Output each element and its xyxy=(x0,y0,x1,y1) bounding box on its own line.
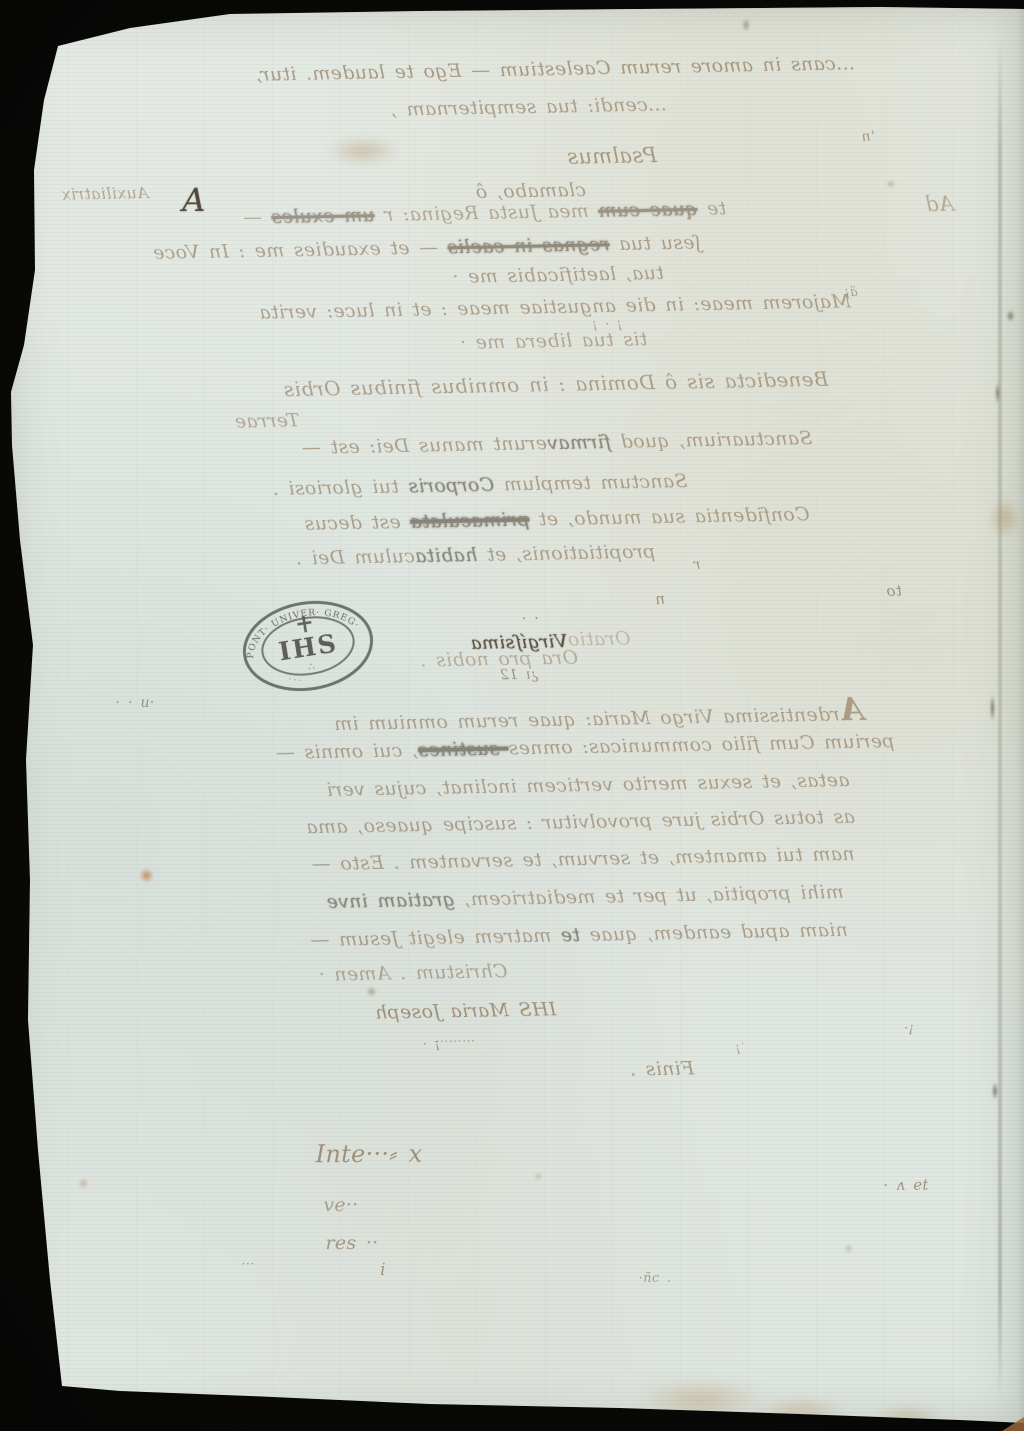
handwritten-line-bleedthrough: mihi propitia, ut per te mediatricem, gr… xyxy=(228,881,942,914)
handwritten-line-bleedthrough: ¿ı 12 xyxy=(486,667,552,682)
ink-segment: r xyxy=(693,557,700,573)
ink-segment: ¿ı 12 xyxy=(499,667,538,684)
ink-segment: — et exaudies me : In Voce xyxy=(153,236,448,264)
handwritten-line: A xyxy=(170,184,218,216)
handwritten-line-bleedthrough: …cendi: tua sempiternam , xyxy=(392,95,667,119)
ink-segment: · · xyxy=(521,611,539,627)
handwritten-line-bleedthrough: nam tui amantem, et servum, te servantem… xyxy=(232,843,934,875)
ink-segment: · ʌ et xyxy=(883,1176,929,1194)
handwritten-line-bleedthrough: tua, laetificabis me · xyxy=(452,264,664,287)
manuscript-page: …cans in amore rerum Caelestium — Ego te… xyxy=(0,0,1024,1431)
ink-segment: Virgíſsima xyxy=(470,631,567,654)
paper-stain xyxy=(995,382,1000,404)
ink-segment: as totus Orbis jure provolvitur : suscip… xyxy=(306,806,855,839)
ink-segment: matrem elegit Jesum — xyxy=(310,924,561,951)
paper-stain xyxy=(534,1172,543,1181)
paper-stain xyxy=(756,1398,846,1422)
stamp-monogram: IHS xyxy=(277,629,340,667)
ink-segment: …cendi: tua sempiternam , xyxy=(390,93,667,120)
handwritten-line-bleedthrough: IHS Maria Joseph xyxy=(358,1000,573,1023)
ink-segment: niam apud eandem, quae xyxy=(580,919,848,946)
ink-segment: Finis . xyxy=(630,1057,695,1080)
ink-segment: ˙¡ xyxy=(735,1041,747,1055)
paper-stain xyxy=(78,1178,89,1189)
ink-segment: — xyxy=(243,206,272,229)
ink-segment: est decus xyxy=(304,511,410,535)
ink-segment: Sanctum templum xyxy=(494,470,688,496)
handwritten-line-bleedthrough: Majorem meae: in die angustiae meae : et… xyxy=(230,292,880,323)
ink-segment: ʃesu tua xyxy=(609,231,700,255)
ink-segment: gratiam inve xyxy=(326,889,455,913)
handwritten-line-bleedthrough: te quae cum mea Justa Regina: r um exule… xyxy=(222,199,747,228)
handwritten-line-bleedthrough: ʃesu tua regnas in caelis — et exaudies … xyxy=(228,233,700,261)
ink-segment: A xyxy=(182,181,206,219)
paper-crease xyxy=(998,40,1002,1400)
ink-segment: culum Dei . xyxy=(295,545,415,569)
handwritten-line-bleedthrough: niam apud eandem, quae te matrem elegit … xyxy=(228,919,930,951)
handwritten-line-bleedthrough: Psalmus xyxy=(552,145,672,168)
handwritten-line: ·ñc . xyxy=(620,1272,690,1285)
ink-segment: tis tua libera me · xyxy=(459,328,647,354)
ink-segment: rdentissima Virgo Maria: quae rerum omni… xyxy=(334,703,840,735)
handwritten-line: ·¡ xyxy=(896,1022,922,1035)
ink-segment: sustines xyxy=(418,737,509,761)
handwritten-line-bleedthrough: Christum . Amen · xyxy=(248,961,578,986)
ink-segment: ¡ · ¡ xyxy=(592,317,623,333)
ink-segment: nam tui amantem, et servum, te servantem… xyxy=(311,843,855,875)
ink-segment: regnas in caelis xyxy=(447,233,610,258)
ink-segment: Ad xyxy=(925,192,955,217)
handwritten-line-bleedthrough: ……… xyxy=(390,1031,520,1046)
ink-segment: res ·· xyxy=(325,1232,378,1254)
ink-segment: Auxiliatrix xyxy=(61,183,149,204)
handwritten-line: ve·· xyxy=(306,1196,376,1215)
handwritten-line-bleedthrough: Benedicta sis ô Domina : in omnibus fini… xyxy=(230,368,882,401)
handwritten-line-bleedthrough: as totus Orbis jure provolvitur : suscip… xyxy=(228,806,933,839)
handwritten-line-bleedthrough: to xyxy=(874,584,914,600)
paper-stain xyxy=(992,1082,998,1100)
ink-segment: erunt manus Dei: est — xyxy=(301,432,547,459)
ink-segment: Majorem meae: in die angustiae meae : et… xyxy=(259,290,851,323)
ink-segment: mihi propitia, ut per te mediatricem, xyxy=(455,881,844,910)
ink-segment: quae cum xyxy=(598,198,698,222)
ink-segment: ¡ · xyxy=(422,1037,440,1052)
handwritten-line: · ʌ et xyxy=(858,1178,954,1194)
paper-stain xyxy=(990,694,995,722)
ink-segment: …cans in amore rerum Caelestium — Ego te… xyxy=(256,52,855,85)
handwritten-line-bleedthrough: Terrae xyxy=(228,411,306,431)
ink-segment: to xyxy=(886,582,902,600)
ink-segment: Inte···⸗ x xyxy=(316,1140,423,1169)
ink-segment: i xyxy=(380,1260,386,1280)
handwritten-line-bleedthrough: n xyxy=(646,592,674,608)
handwritten-line-bleedthrough: clamabo, ô xyxy=(476,181,586,202)
ink-segment: um exules xyxy=(271,204,375,228)
handwritten-line-bleedthrough: Confidentia sua mundo, et primaculata es… xyxy=(226,504,888,536)
paper-stain xyxy=(742,18,750,32)
ink-segment: te xyxy=(560,924,580,946)
handwritten-line-bleedthrough: …cans in amore rerum Caelestium — Ego te… xyxy=(228,54,883,86)
ink-segment: ·¡ xyxy=(904,1021,914,1036)
paper-stain xyxy=(1006,310,1015,322)
ink-segment: ve·· xyxy=(323,1194,358,1216)
stamp-nails-mark: ∴ xyxy=(307,661,315,673)
handwritten-line-bleedthrough: tis tua libera me · xyxy=(446,330,661,353)
ink-segment: ··· xyxy=(241,1257,254,1272)
handwritten-line: Inte···⸗ x xyxy=(244,1141,494,1166)
ink-segment: propitiationis, et xyxy=(477,541,655,566)
handwritten-line-bleedthrough: Sanctum templum Corporis tui gloriosi . xyxy=(254,472,706,500)
ink-segment: , cui omnis — xyxy=(275,739,418,764)
handwritten-line: res ·· xyxy=(304,1234,400,1254)
ink-segment: Benedicta sis ô Domina : in omnibus fini… xyxy=(283,367,828,401)
handwritten-line-bleedthrough: Finis . xyxy=(616,1059,708,1080)
ink-segment: Corporis xyxy=(408,474,494,498)
handwritten-line-bleedthrough: Virgíſsima xyxy=(464,633,574,653)
ink-segment: A xyxy=(839,692,864,728)
ink-segment: mea Justa Regina: r xyxy=(374,200,598,226)
handwritten-line-bleedthrough: ˙¡ xyxy=(726,1042,756,1055)
paper-stain xyxy=(886,180,896,188)
handwritten-line-bleedthrough: aetas, et sexus merito verticem inclinat… xyxy=(228,769,948,802)
ink-segment: n xyxy=(655,590,665,608)
handwritten-line-bleedthrough: ¡ · xyxy=(414,1038,448,1052)
handwritten-line: i xyxy=(370,1262,396,1279)
ink-segment: firmav xyxy=(547,431,611,454)
ink-segment: ·ñc . xyxy=(639,1271,672,1286)
ink-segment: Psalmus xyxy=(567,143,657,169)
library-stamp-ihs: PONT· UNIVER· GREG· · · · IHS ∴ xyxy=(231,586,385,707)
ink-segment: te xyxy=(697,197,726,220)
ink-segment: 'n xyxy=(861,129,875,145)
ink-segment: Confidentia sua mundo, et xyxy=(529,503,810,530)
handwritten-line-bleedthrough: ä¡ xyxy=(836,286,866,300)
ink-segment: perium Cum filio communicas: omnes xyxy=(508,730,894,759)
handwritten-line: ··· xyxy=(220,1258,276,1271)
ink-segment: · · u· xyxy=(115,695,154,711)
paper-stain xyxy=(990,498,1020,538)
ink-segment: habita xyxy=(415,544,478,567)
ink-segment: Terrae xyxy=(234,409,299,432)
paper-stain xyxy=(139,868,154,883)
paper-stain xyxy=(326,138,400,164)
ink-segment: IHS Maria Joseph xyxy=(374,998,556,1023)
ink-segment: Sanctuarium, quod xyxy=(611,427,813,453)
handwritten-line-bleedthrough: Ad xyxy=(912,193,967,215)
handwritten-line-bleedthrough: Sanctuarium, quod firmaverunt manus Dei:… xyxy=(232,428,882,459)
ink-segment: aetas, et sexus merito verticem inclinat… xyxy=(326,769,850,801)
handwritten-line-bleedthrough: 'n xyxy=(850,130,886,145)
ink-segment: tui gloriosi . xyxy=(272,475,408,500)
handwritten-line-bleedthrough: Auxiliatrix xyxy=(40,185,170,203)
ink-segment: Christum . Amen · xyxy=(318,960,507,986)
manuscript-scan: …cans in amore rerum Caelestium — Ego te… xyxy=(0,0,1024,1431)
paper-stain xyxy=(876,1406,942,1424)
paper-stain xyxy=(844,1244,853,1253)
handwritten-line-bleedthrough: ¡ · ¡ xyxy=(584,318,630,332)
paper-stain xyxy=(636,1382,766,1416)
ink-segment: ä¡ xyxy=(844,285,858,300)
handwritten-line: · · u· xyxy=(100,696,170,710)
handwritten-line-bleedthrough: · · xyxy=(508,612,552,627)
paper-stain xyxy=(366,986,377,997)
handwritten-line-bleedthrough: propitiationis, et habitaculum Dei . xyxy=(278,542,673,569)
handwritten-line-bleedthrough: r xyxy=(684,558,710,572)
ink-segment: tua, laetificabis me · xyxy=(452,262,664,288)
ink-segment: primaculata xyxy=(410,509,530,533)
